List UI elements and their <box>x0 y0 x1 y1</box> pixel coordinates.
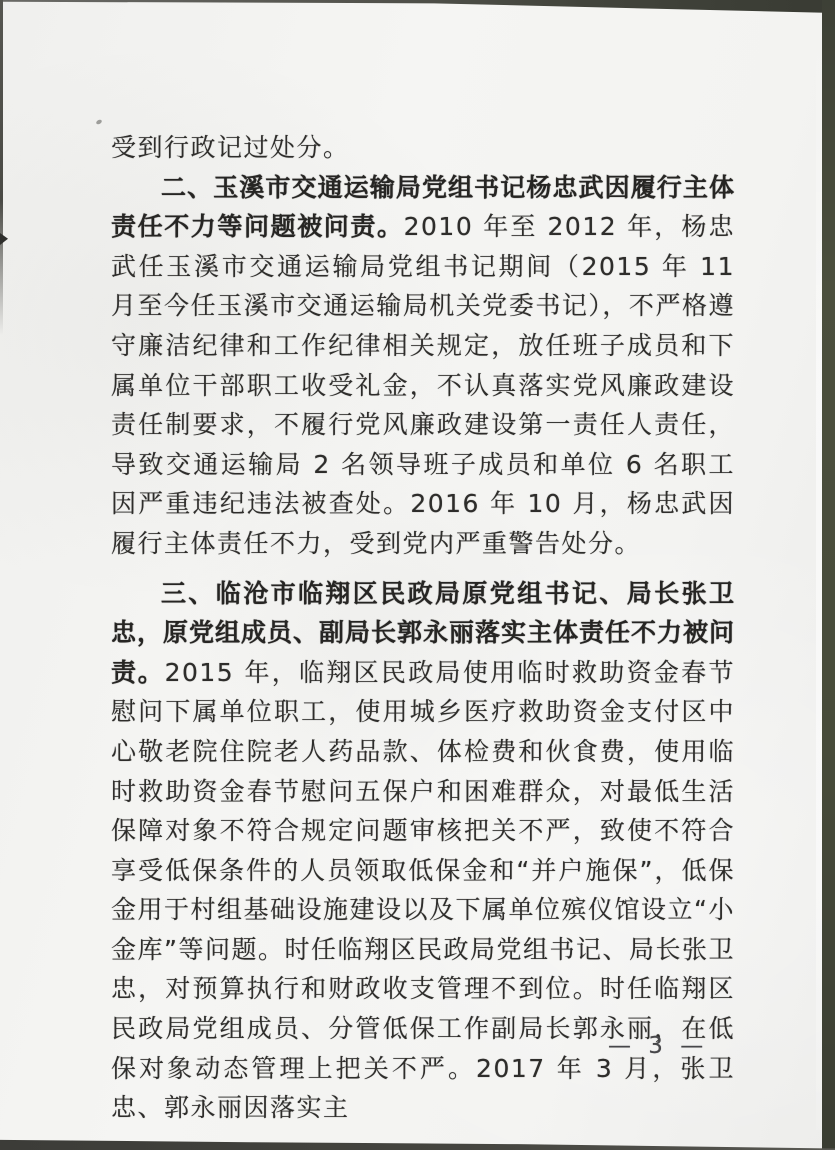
body-paragraph-continuation: 受到行政记过处分。 <box>111 128 735 168</box>
scan-edge-right <box>822 0 835 1150</box>
paragraph-text: 受到行政记过处分。 <box>111 133 350 162</box>
scan-edge-left <box>0 0 3 335</box>
scan-edge-bottom <box>0 1137 835 1150</box>
document-page: 受到行政记过处分。 二、玉溪市交通运输局党组书记杨忠武因履行主体责任不力等问题被… <box>0 0 835 1150</box>
paragraph-text: 2010 年至 2012 年，杨忠武任玉溪市交通运输局党组书记期间（2015 年… <box>111 212 735 558</box>
scan-speck <box>0 233 8 245</box>
scan-page-curl-highlight <box>816 30 822 1130</box>
scan-speck <box>95 119 102 125</box>
body-paragraph-section-2: 二、玉溪市交通运输局党组书记杨忠武因履行主体责任不力等问题被问责。2010 年至… <box>111 168 735 564</box>
document-body: 受到行政记过处分。 二、玉溪市交通运输局党组书记杨忠武因履行主体责任不力等问题被… <box>111 128 735 1128</box>
page-number: — 3 — <box>608 1033 708 1059</box>
scan-edge-top <box>0 0 835 13</box>
